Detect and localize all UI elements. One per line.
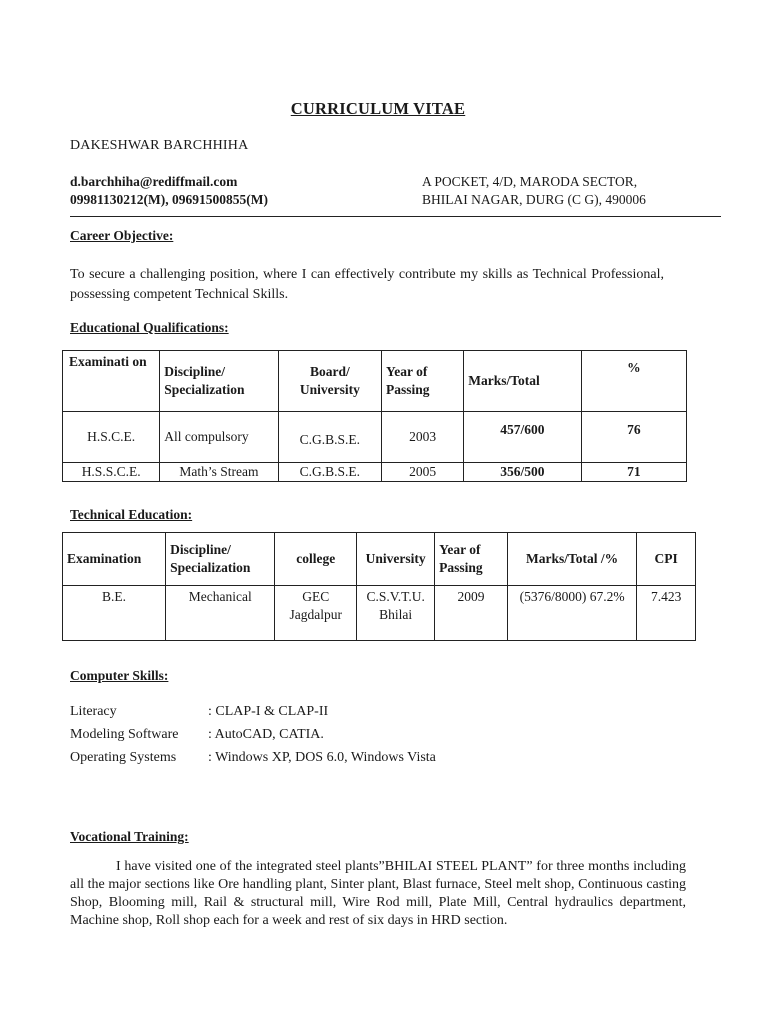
phone-numbers: 09981130212(M), 09691500855(M) (70, 192, 268, 208)
skill-label: Operating Systems (70, 750, 208, 766)
column-header: Discipline/ Specialization (166, 533, 275, 586)
vocational-training-heading: Vocational Training: (70, 829, 189, 845)
technical-education-heading: Technical Education: (70, 507, 192, 523)
table-cell: 457/600 (464, 412, 581, 463)
technical-education-table: Examination Discipline/ Specialization c… (62, 532, 696, 641)
table-cell: H.S.S.C.E. (63, 463, 160, 482)
column-header: Board/ University (278, 351, 381, 412)
table-cell: C.S.V.T.U. Bhilai (357, 586, 435, 641)
table-header-row: Examinati on Discipline/ Specialization … (63, 351, 687, 412)
document-title: CURRICULUM VITAE (0, 99, 756, 119)
column-header: University (357, 533, 435, 586)
skill-row: Modeling Software : AutoCAD, CATIA. (70, 723, 436, 746)
column-header: Examinati on (63, 351, 160, 412)
column-header: Marks/Total (464, 351, 581, 412)
table-cell: 2005 (382, 463, 464, 482)
career-objective-heading: Career Objective: (70, 228, 173, 244)
skill-row: Operating Systems : Windows XP, DOS 6.0,… (70, 746, 436, 769)
address-line-2: BHILAI NAGAR, DURG (C G), 490006 (422, 192, 646, 208)
table-row: H.S.C.E. All compulsory C.G.B.S.E. 2003 … (63, 412, 687, 463)
table-cell: 76 (581, 412, 686, 463)
column-header: % (581, 351, 686, 412)
table-cell: Math’s Stream (160, 463, 278, 482)
address-line-1: A POCKET, 4/D, MARODA SECTOR, (422, 174, 637, 190)
column-header: Year of Passing (435, 533, 508, 586)
email-address: d.barchhiha@rediffmail.com (70, 174, 237, 190)
table-cell: C.G.B.S.E. (278, 463, 381, 482)
vocational-training-paragraph: I have visited one of the integrated ste… (70, 858, 686, 930)
table-cell: H.S.C.E. (63, 412, 160, 463)
column-header: Marks/Total /% (507, 533, 636, 586)
column-header: Discipline/ Specialization (160, 351, 278, 412)
vocational-training-text: I have visited one of the integrated ste… (70, 859, 686, 928)
table-cell: All compulsory (160, 412, 278, 463)
table-row: B.E. Mechanical GEC Jagdalpur C.S.V.T.U.… (63, 586, 696, 641)
skill-value: : CLAP-I & CLAP-II (208, 704, 328, 720)
column-header: CPI (637, 533, 696, 586)
table-header-row: Examination Discipline/ Specialization c… (63, 533, 696, 586)
skill-value: : Windows XP, DOS 6.0, Windows Vista (208, 750, 436, 766)
educational-qualifications-table: Examinati on Discipline/ Specialization … (62, 350, 687, 482)
table-cell: 71 (581, 463, 686, 482)
table-row: H.S.S.C.E. Math’s Stream C.G.B.S.E. 2005… (63, 463, 687, 482)
table-cell: Mechanical (166, 586, 275, 641)
table-cell: (5376/8000) 67.2% (507, 586, 636, 641)
column-header: Examination (63, 533, 166, 586)
skill-label: Literacy (70, 704, 208, 720)
column-header: college (275, 533, 357, 586)
table-cell: 7.423 (637, 586, 696, 641)
skill-row: Literacy : CLAP-I & CLAP-II (70, 700, 436, 723)
header-divider (70, 216, 721, 217)
table-cell: GEC Jagdalpur (275, 586, 357, 641)
computer-skills-heading: Computer Skills: (70, 668, 168, 684)
table-cell: C.G.B.S.E. (278, 412, 381, 463)
educational-qualifications-heading: Educational Qualifications: (70, 320, 229, 336)
column-header: Year of Passing (382, 351, 464, 412)
table-cell: 2009 (435, 586, 508, 641)
table-cell: 356/500 (464, 463, 581, 482)
career-objective-text: To secure a challenging position, where … (70, 265, 664, 305)
skill-label: Modeling Software (70, 727, 208, 743)
table-cell: B.E. (63, 586, 166, 641)
skill-value: : AutoCAD, CATIA. (208, 727, 324, 743)
table-cell: 2003 (382, 412, 464, 463)
computer-skills-list: Literacy : CLAP-I & CLAP-II Modeling Sof… (70, 700, 436, 769)
candidate-name: DAKESHWAR BARCHHIHA (70, 138, 248, 154)
